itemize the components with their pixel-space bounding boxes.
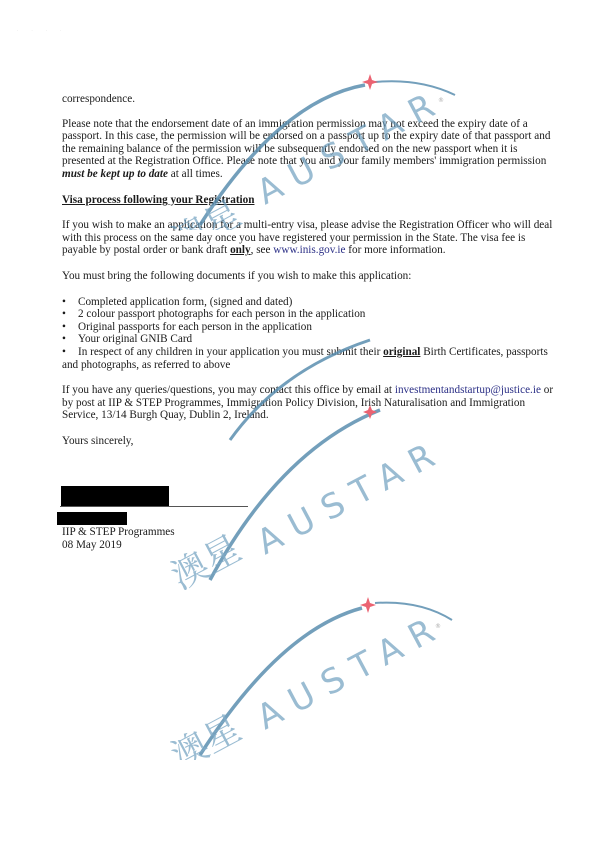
list-item-text: In respect of any children in your appli… bbox=[78, 346, 383, 358]
list-item: •Completed application form, (signed and… bbox=[62, 296, 562, 309]
section-heading: Visa process following your Registration bbox=[62, 194, 562, 207]
list-item: •Your original GNIB Card bbox=[62, 333, 562, 346]
opening-fragment: correspondence. bbox=[62, 93, 562, 106]
bullet-icon: • bbox=[62, 296, 66, 309]
watermark-registered: ® bbox=[435, 623, 441, 630]
paragraph-expiry-tail: at all times. bbox=[168, 168, 223, 180]
inis-website-link[interactable]: www.inis.gov.ie bbox=[273, 244, 345, 256]
redacted-name bbox=[57, 512, 127, 525]
letter-body: correspondence. Please note that the end… bbox=[62, 93, 562, 447]
list-item-text: Your original GNIB Card bbox=[78, 333, 192, 345]
list-item-text: Completed application form, (signed and … bbox=[78, 296, 292, 308]
watermark-latin: AUSTAR bbox=[250, 606, 451, 738]
emphasis-kept-up-to-date: must be kept up to date bbox=[62, 168, 168, 180]
paragraph-expiry-text: Please note that the endorsement date of… bbox=[62, 118, 550, 168]
closing: Yours sincerely, bbox=[62, 435, 562, 448]
list-item-children: •In respect of any children in your appl… bbox=[62, 346, 562, 371]
bullet-icon: • bbox=[62, 333, 66, 346]
scan-artifact: · · · · bbox=[17, 28, 67, 33]
star-icon bbox=[360, 597, 376, 613]
email-link[interactable]: investmentandstartup@justice.ie bbox=[395, 384, 541, 396]
paragraph-contact-text: If you have any queries/questions, you m… bbox=[62, 384, 395, 396]
paragraph-visa: If you wish to make an application for a… bbox=[62, 219, 562, 257]
redacted-signature bbox=[61, 486, 169, 506]
list-item-text: Original passports for each person in th… bbox=[78, 321, 312, 333]
paragraph-contact: If you have any queries/questions, you m… bbox=[62, 384, 562, 422]
emphasis-only: only bbox=[230, 244, 251, 256]
list-item: •Original passports for each person in t… bbox=[62, 321, 562, 334]
paragraph-visa-tail: for more information. bbox=[346, 244, 446, 256]
bullet-icon: • bbox=[62, 346, 78, 359]
documents-intro: You must bring the following documents i… bbox=[62, 270, 562, 283]
paragraph-expiry: Please note that the endorsement date of… bbox=[62, 118, 562, 181]
documents-list: •Completed application form, (signed and… bbox=[62, 296, 562, 372]
letter-date: 08 May 2019 bbox=[62, 539, 562, 552]
letter-page: · · · · correspondence. Please note that… bbox=[0, 0, 600, 854]
austar-watermark: AUSTAR ® 澳星 bbox=[170, 580, 470, 760]
bullet-icon: • bbox=[62, 308, 66, 321]
programme-name: IIP & STEP Programmes bbox=[62, 526, 562, 539]
signature-block: IIP & STEP Programmes 08 May 2019 bbox=[62, 526, 562, 551]
watermark-chinese: 澳星 bbox=[170, 708, 248, 760]
bullet-icon: • bbox=[62, 321, 66, 334]
list-item-text: 2 colour passport photographs for each p… bbox=[78, 308, 365, 320]
signature-line bbox=[60, 506, 248, 507]
paragraph-visa-middle: , see bbox=[251, 244, 274, 256]
emphasis-original: original bbox=[383, 346, 420, 358]
list-item: •2 colour passport photographs for each … bbox=[62, 308, 562, 321]
star-icon bbox=[362, 74, 378, 90]
